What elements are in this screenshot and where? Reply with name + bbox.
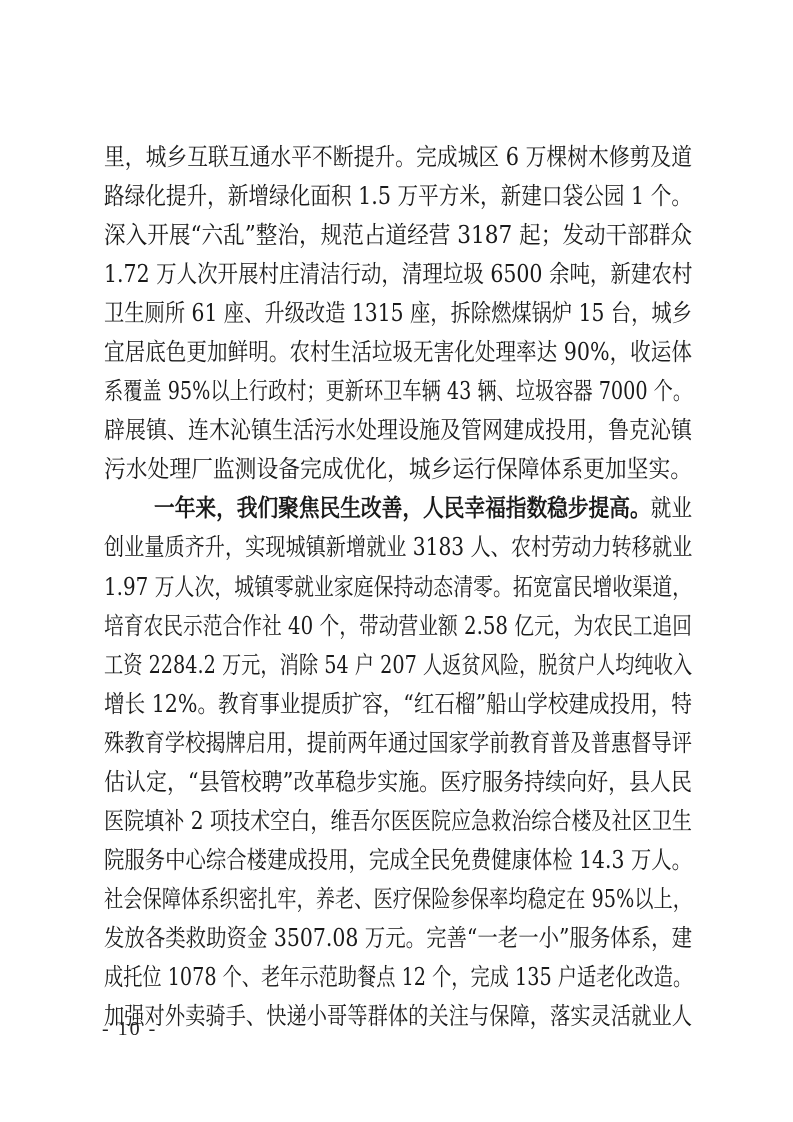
paragraph-first-line: 一年来，我们聚焦民生改善，人民幸福指数稳步提高。就业 [104, 489, 692, 528]
text-line: 成托位 1078 个、老年示范助餐点 12 个，完成 135 户适老化改造。 [104, 958, 692, 997]
text-line: 增长 12%。教育事业提质扩容，“红石榴”船山学校建成投用，特 [104, 685, 692, 724]
text-line: 殊教育学校揭牌启用，提前两年通过国家学前教育普及普惠督导评 [104, 724, 692, 763]
text-line: 估认定，“县管校聘”改革稳步实施。医疗服务持续向好，县人民 [104, 763, 692, 802]
text-line: 培育农民示范合作社 40 个，带动营业额 2.58 亿元，为农民工追回 [104, 607, 692, 646]
text-line: 创业量质齐升，实现城镇新增就业 3183 人、农村劳动力转移就业 [104, 528, 692, 567]
paragraph-livelihood: 一年来，我们聚焦民生改善，人民幸福指数稳步提高。就业 创业量质齐升，实现城镇新增… [104, 489, 692, 1036]
text-line: 医院填补 2 项技术空白，维吾尔医医院应急救治综合楼及社区卫生 [104, 802, 692, 841]
document-page: 里，城乡互联互通水平不断提升。完成城区 6 万棵树木修剪及道 路绿化提升，新增绿… [0, 0, 793, 1122]
text-line: 院服务中心综合楼建成投用，完成全民免费健康体检 14.3 万人。 [104, 841, 692, 880]
body-text: 里，城乡互联互通水平不断提升。完成城区 6 万棵树木修剪及道 路绿化提升，新增绿… [104, 138, 692, 1036]
text-line: 深入开展“六乱”整治，规范占道经营 3187 起；发动干部群众 [104, 216, 692, 255]
lead-continuation: 就业 [651, 494, 692, 522]
text-line: 工资 2284.2 万元，消除 54 户 207 人返贫风险，脱贫户人均纯收入 [104, 646, 692, 685]
text-line: 社会保障体系织密扎牢，养老、医疗保险参保率均稳定在 95%以上， [104, 880, 692, 919]
text-line: 卫生厕所 61 座、升级改造 1315 座，拆除燃煤锅炉 15 台，城乡 [104, 294, 692, 333]
text-line: 系覆盖 95%以上行政村；更新环卫车辆 43 辆、垃圾容器 7000 个。 [104, 372, 692, 411]
text-line: 污水处理厂监测设备完成优化，城乡运行保障体系更加坚实。 [104, 450, 692, 489]
text-line: 发放各类救助资金 3507.08 万元。完善“一老一小”服务体系，建 [104, 919, 692, 958]
text-line: 1.72 万人次开展村庄清洁行动，清理垃圾 6500 余吨，新建农村 [104, 255, 692, 294]
paragraph-urban-rural: 里，城乡互联互通水平不断提升。完成城区 6 万棵树木修剪及道 路绿化提升，新增绿… [104, 138, 692, 489]
text-line: 辟展镇、连木沁镇生活污水处理设施及管网建成投用，鲁克沁镇 [104, 411, 692, 450]
text-line: 里，城乡互联互通水平不断提升。完成城区 6 万棵树木修剪及道 [104, 138, 692, 177]
text-line: 宜居底色更加鲜明。农村生活垃圾无害化处理率达 90%，收运体 [104, 333, 692, 372]
lead-sentence: 一年来，我们聚焦民生改善，人民幸福指数稳步提高。 [104, 494, 651, 522]
page-number: - 10 - [102, 1018, 157, 1041]
text-line: 路绿化提升，新增绿化面积 1.5 万平方米，新建口袋公园 1 个。 [104, 177, 692, 216]
text-line: 加强对外卖骑手、快递小哥等群体的关注与保障，落实灵活就业人 [104, 997, 692, 1036]
text-line: 1.97 万人次，城镇零就业家庭保持动态清零。拓宽富民增收渠道， [104, 568, 692, 607]
